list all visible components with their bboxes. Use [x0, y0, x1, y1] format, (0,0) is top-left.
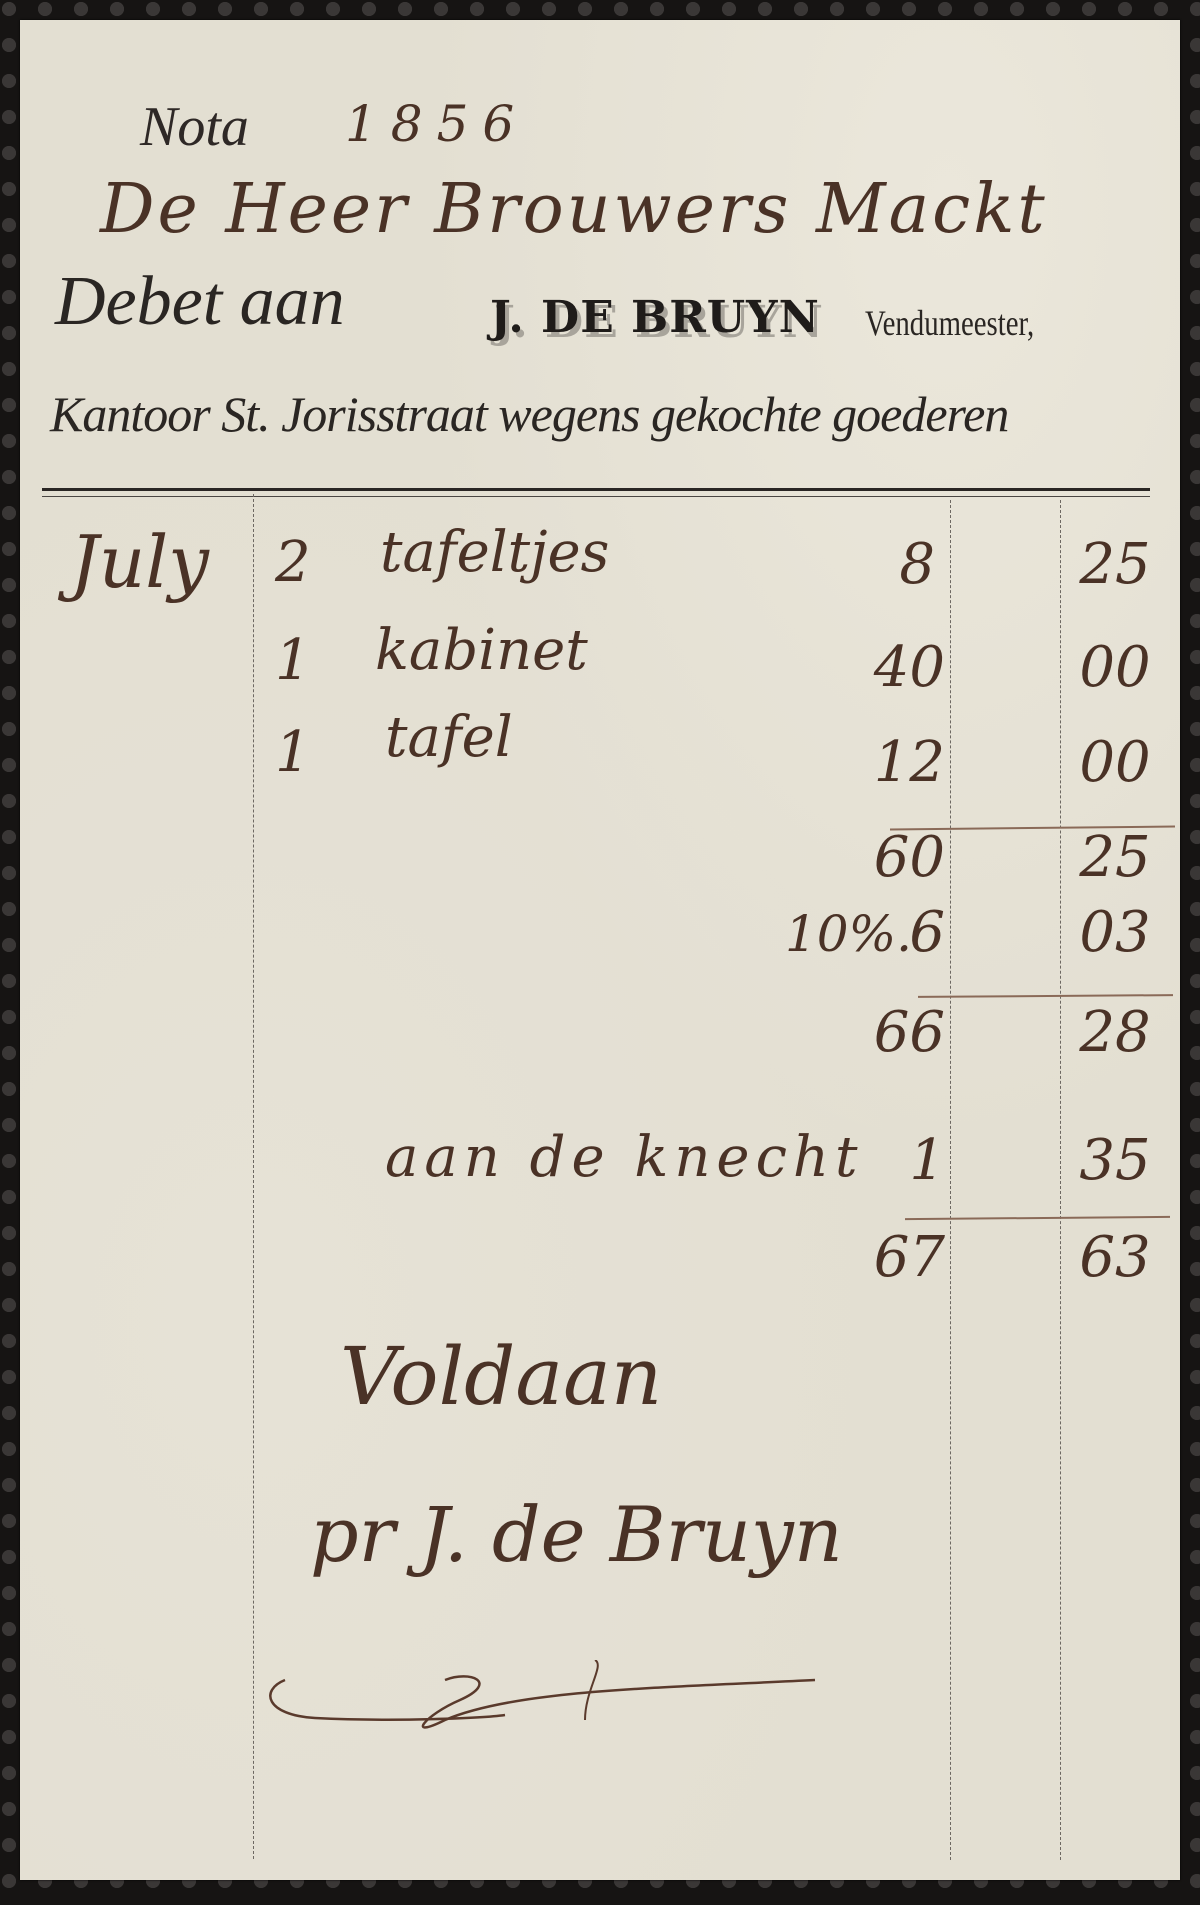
grand-total-guilders: 67: [825, 1225, 945, 1290]
subtotal-cents: 25: [1065, 825, 1165, 890]
line-qty: 1: [275, 720, 311, 785]
paid-label: Voldaan: [340, 1330, 662, 1423]
debet-label: Debet aan: [55, 262, 345, 342]
grand-total-cents: 63: [1065, 1225, 1165, 1290]
invoice-year: 1856: [345, 95, 528, 153]
line-item: tafeltjes: [380, 520, 609, 585]
subtotal-guilders: 60: [825, 825, 945, 890]
line-qty: 2: [275, 530, 311, 595]
total-cents: 28: [1065, 1000, 1165, 1065]
date-column-divider: [253, 494, 254, 1859]
firm-profession: Vendumeester,: [865, 302, 1034, 344]
line-item: kabinet: [375, 618, 588, 683]
office-line: Kantoor St. Jorisstraat wegens gekochte …: [50, 385, 1008, 443]
line-guilders: 12: [825, 730, 945, 795]
commission-cents: 03: [1065, 900, 1165, 965]
line-guilders: 8: [815, 532, 935, 597]
signature: pr J. de Bruyn: [310, 1490, 843, 1579]
guilders-column-divider: [950, 500, 951, 1860]
addressee: De Heer Brouwers Mackt: [100, 170, 1048, 249]
servant-fee-cents: 35: [1065, 1128, 1165, 1193]
servant-fee-label: aan de knecht: [385, 1125, 864, 1190]
total-guilders: 66: [825, 1000, 945, 1065]
line-month: July: [70, 520, 209, 604]
line-item: tafel: [385, 705, 513, 770]
cents-column-divider: [1060, 500, 1061, 1860]
firm-name: J. DE BRUYN: [490, 292, 820, 343]
line-qty: 1: [275, 628, 311, 693]
servant-fee-guilders: 1: [825, 1128, 945, 1193]
line-cents: 25: [1065, 532, 1165, 597]
line-guilders: 40: [825, 635, 945, 700]
line-cents: 00: [1065, 635, 1165, 700]
signature-flourish-icon: [255, 1660, 955, 1780]
nota-label: Nota: [140, 95, 249, 159]
header-double-rule: [42, 488, 1150, 497]
line-cents: 00: [1065, 730, 1165, 795]
commission-guilders: 6: [825, 900, 945, 965]
